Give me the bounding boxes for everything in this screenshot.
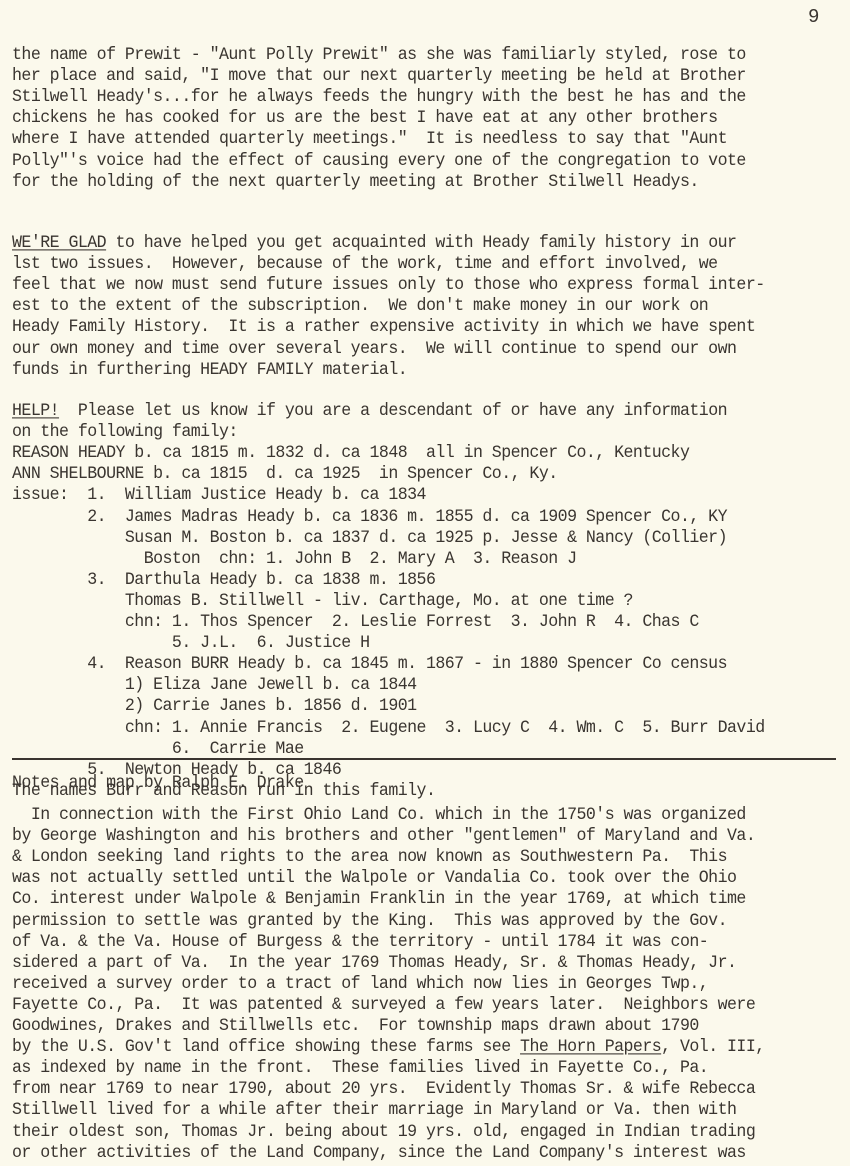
notes-line: Stillwell lived for a while after their …	[12, 1098, 736, 1121]
notes-line: sidered a part of Va. In the year 1769 T…	[12, 951, 736, 974]
aunt-polly-line: for the holding of the next quarterly me…	[12, 170, 699, 193]
help-line: 6. Carrie Mae	[12, 737, 304, 760]
notes-line: was not actually settled until the Walpo…	[12, 866, 736, 889]
help-line: 2. James Madras Heady b. ca 1836 m. 1855…	[12, 505, 727, 528]
horn-papers-title: The Horn Papers	[520, 1036, 661, 1057]
aunt-polly-line: Stilwell Heady's...for he always feeds t…	[12, 85, 746, 108]
help-line: REASON HEADY b. ca 1815 m. 1832 d. ca 18…	[12, 441, 689, 464]
were-glad-line: est to the extent of the subscription. W…	[12, 294, 708, 317]
notes-line: received a survey order to a tract of la…	[12, 972, 708, 995]
byline: Notes and map by Ralph E. Drake	[12, 771, 304, 794]
were-glad-line: feel that we now must send future issues…	[12, 273, 765, 296]
notes-line: Fayette Co., Pa. It was patented & surve…	[12, 993, 755, 1016]
help-line: chn: 1. Thos Spencer 2. Leslie Forrest 3…	[12, 610, 699, 633]
help-line: Boston chn: 1. John B 2. Mary A 3. Reaso…	[12, 547, 576, 570]
document-page: 9 the name of Prewit - "Aunt Polly Prewi…	[0, 0, 850, 1166]
help-line: 1) Eliza Jane Jewell b. ca 1844	[12, 673, 417, 696]
aunt-polly-line: the name of Prewit - "Aunt Polly Prewit"…	[12, 43, 746, 66]
notes-line: Goodwines, Drakes and Stillwells etc. Fo…	[12, 1014, 699, 1037]
notes-line: Co. interest under Walpole & Benjamin Fr…	[12, 887, 746, 910]
aunt-polly-line: her place and said, "I move that our nex…	[12, 64, 746, 87]
aunt-polly-line: Polly"'s voice had the effect of causing…	[12, 149, 746, 172]
help-line: Thomas B. Stillwell - liv. Carthage, Mo.…	[12, 589, 633, 612]
were-glad-heading: WE'RE GLAD	[12, 232, 106, 253]
notes-line: by George Washington and his brothers an…	[12, 824, 755, 847]
help-line: Susan M. Boston b. ca 1837 d. ca 1925 p.…	[12, 526, 727, 549]
help-line: 2) Carrie Janes b. 1856 d. 1901	[12, 694, 417, 717]
help-line: ANN SHELBOURNE b. ca 1815 d. ca 1925 in …	[12, 462, 558, 485]
notes-line: or other activities of the Land Company,…	[12, 1141, 746, 1164]
section-divider	[12, 758, 836, 760]
aunt-polly-line: where I have attended quarterly meetings…	[12, 127, 727, 150]
notes-line: & London seeking land rights to the area…	[12, 845, 727, 868]
were-glad-first-line: WE'RE GLAD to have helped you get acquai…	[12, 231, 736, 254]
notes-line: of Va. & the Va. House of Burgess & the …	[12, 930, 708, 953]
were-glad-line: Heady Family History. It is a rather exp…	[12, 315, 755, 338]
notes-line: In connection with the First Ohio Land C…	[12, 803, 746, 826]
help-first-line: HELP! Please let us know if you are a de…	[12, 399, 727, 422]
help-line: issue: 1. William Justice Heady b. ca 18…	[12, 483, 426, 506]
help-line: 3. Darthula Heady b. ca 1838 m. 1856	[12, 568, 435, 591]
horn-papers-reference-line: by the U.S. Gov't land office showing th…	[12, 1035, 765, 1058]
help-line: on the following family:	[12, 420, 238, 443]
were-glad-line: funds in furthering HEADY FAMILY materia…	[12, 358, 407, 381]
were-glad-line: our own money and time over several year…	[12, 337, 736, 360]
help-line: 4. Reason BURR Heady b. ca 1845 m. 1867 …	[12, 652, 727, 675]
notes-line: from near 1769 to near 1790, about 20 yr…	[12, 1077, 755, 1100]
notes-line: as indexed by name in the front. These f…	[12, 1056, 708, 1079]
page-number: 9	[808, 6, 819, 28]
notes-line: their oldest son, Thomas Jr. being about…	[12, 1120, 755, 1143]
help-line: chn: 1. Annie Francis 2. Eugene 3. Lucy …	[12, 716, 765, 739]
were-glad-line: lst two issues. However, because of the …	[12, 252, 718, 275]
help-line: 5. J.L. 6. Justice H	[12, 631, 370, 654]
aunt-polly-line: chickens he has cooked for us are the be…	[12, 106, 718, 129]
notes-line: permission to settle was granted by the …	[12, 909, 727, 932]
help-heading: HELP!	[12, 400, 59, 421]
